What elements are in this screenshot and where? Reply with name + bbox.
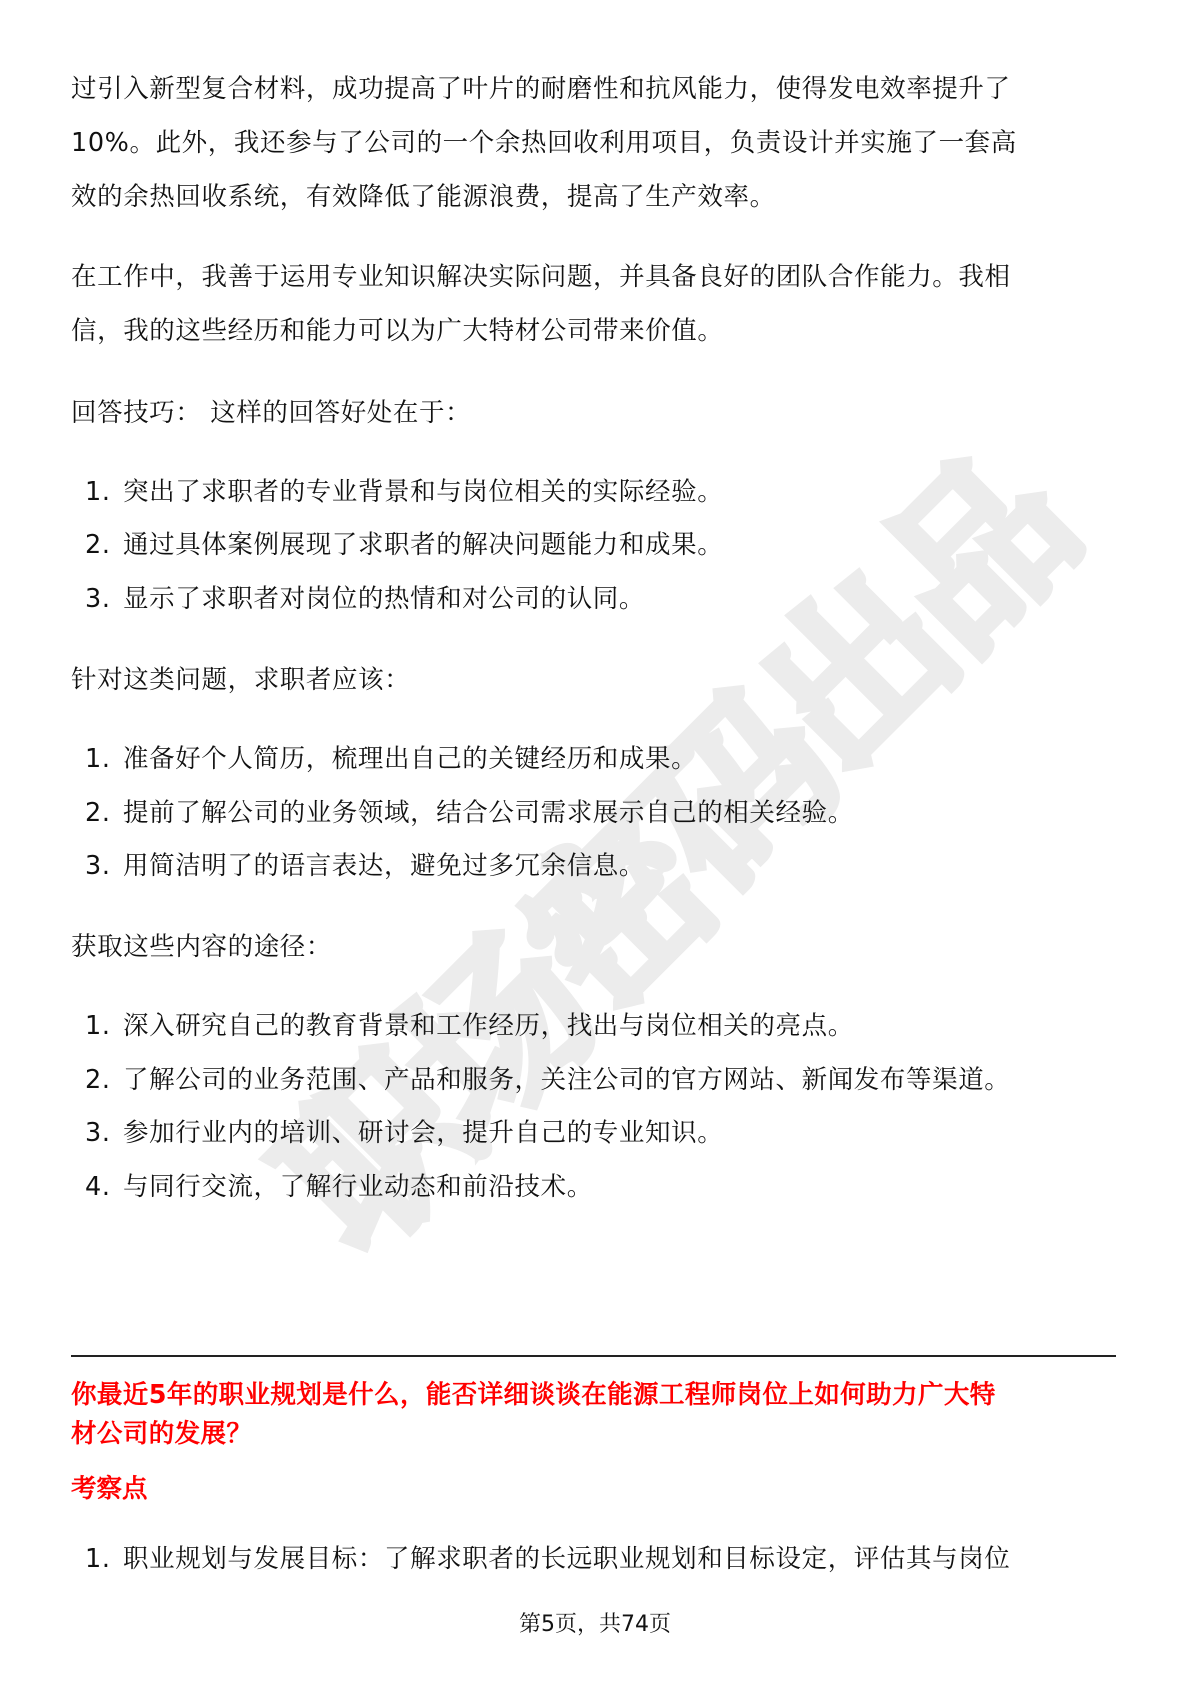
list-item: 3.显示了求职者对岗位的热情和对公司的认同。 bbox=[85, 582, 645, 616]
list-number: 1. bbox=[85, 742, 123, 776]
question-line: 材公司的发展？ bbox=[71, 1415, 1116, 1454]
list-text: 职业规划与发展目标：了解求职者的长远职业规划和目标设定，评估其与岗位 bbox=[123, 1544, 1010, 1574]
list-item: 3.用简洁明了的语言表达，避免过多冗余信息。 bbox=[85, 849, 645, 883]
list-item: 1.深入研究自己的教育背景和工作经历，找出与岗位相关的亮点。 bbox=[85, 1009, 854, 1043]
page-indicator: 第5页，共74页 bbox=[0, 1610, 1190, 1640]
list-number: 3. bbox=[85, 1116, 123, 1150]
list-item: 2.了解公司的业务范围、产品和服务，关注公司的官方网站、新闻发布等渠道。 bbox=[85, 1063, 1010, 1097]
list-number: 4. bbox=[85, 1170, 123, 1204]
paragraph-line: 信，我的这些经历和能力可以为广大特材公司带来价值。 bbox=[71, 304, 1116, 358]
list-item: 1.突出了求职者的专业背景和与岗位相关的实际经验。 bbox=[85, 475, 723, 509]
tips-heading: 回答技巧： 这样的回答好处在于： bbox=[71, 386, 1116, 440]
list-text: 突出了求职者的专业背景和与岗位相关的实际经验。 bbox=[123, 477, 723, 507]
paragraph-line: 效的余热回收系统，有效降低了能源浪费，提高了生产效率。 bbox=[71, 170, 1116, 224]
paragraph-line: 过引入新型复合材料，成功提高了叶片的耐磨性和抗风能力，使得发电效率提升了 bbox=[71, 62, 1116, 116]
question-heading: 你最近5年的职业规划是什么，能否详细谈谈在能源工程师岗位上如何助力广大特 材公司… bbox=[71, 1376, 1116, 1454]
paragraph-line: 在工作中，我善于运用专业知识解决实际问题，并具备良好的团队合作能力。我相 bbox=[71, 250, 1116, 304]
question-line: 你最近5年的职业规划是什么，能否详细谈谈在能源工程师岗位上如何助力广大特 bbox=[71, 1376, 1116, 1415]
list-item: 1.准备好个人简历，梳理出自己的关键经历和成果。 bbox=[85, 742, 697, 776]
list-number: 1. bbox=[85, 1009, 123, 1043]
list-number: 1. bbox=[85, 1542, 123, 1576]
list-number: 2. bbox=[85, 1063, 123, 1097]
should-heading: 针对这类问题，求职者应该： bbox=[71, 653, 1116, 707]
list-number: 1. bbox=[85, 475, 123, 509]
list-text: 深入研究自己的教育背景和工作经历，找出与岗位相关的亮点。 bbox=[123, 1011, 854, 1041]
list-text: 显示了求职者对岗位的热情和对公司的认同。 bbox=[123, 584, 645, 614]
team-paragraph: 在工作中，我善于运用专业知识解决实际问题，并具备良好的团队合作能力。我相 信，我… bbox=[71, 250, 1116, 358]
list-text: 准备好个人简历，梳理出自己的关键经历和成果。 bbox=[123, 744, 697, 774]
list-text: 与同行交流，了解行业动态和前沿技术。 bbox=[123, 1172, 593, 1202]
list-item: 2.通过具体案例展现了求职者的解决问题能力和成果。 bbox=[85, 528, 723, 562]
intro-paragraph: 过引入新型复合材料，成功提高了叶片的耐磨性和抗风能力，使得发电效率提升了 10%… bbox=[71, 62, 1116, 224]
section-divider bbox=[71, 1355, 1116, 1357]
list-item: 1.职业规划与发展目标：了解求职者的长远职业规划和目标设定，评估其与岗位 bbox=[85, 1542, 1010, 1576]
list-number: 3. bbox=[85, 849, 123, 883]
list-text: 提前了解公司的业务领域，结合公司需求展示自己的相关经验。 bbox=[123, 798, 854, 828]
list-number: 2. bbox=[85, 528, 123, 562]
assessment-heading: 考察点 bbox=[71, 1472, 148, 1506]
sources-heading: 获取这些内容的途径： bbox=[71, 920, 1116, 974]
list-text: 参加行业内的培训、研讨会，提升自己的专业知识。 bbox=[123, 1118, 723, 1148]
paragraph-line: 10%。此外，我还参与了公司的一个余热回收利用项目，负责设计并实施了一套高 bbox=[71, 116, 1116, 170]
document-page: 职场密码出品 过引入新型复合材料，成功提高了叶片的耐磨性和抗风能力，使得发电效率… bbox=[0, 0, 1190, 1684]
list-item: 3.参加行业内的培训、研讨会，提升自己的专业知识。 bbox=[85, 1116, 723, 1150]
list-text: 用简洁明了的语言表达，避免过多冗余信息。 bbox=[123, 851, 645, 881]
list-text: 通过具体案例展现了求职者的解决问题能力和成果。 bbox=[123, 530, 723, 560]
list-number: 3. bbox=[85, 582, 123, 616]
list-text: 了解公司的业务范围、产品和服务，关注公司的官方网站、新闻发布等渠道。 bbox=[123, 1065, 1010, 1095]
list-item: 2.提前了解公司的业务领域，结合公司需求展示自己的相关经验。 bbox=[85, 796, 854, 830]
list-item: 4.与同行交流，了解行业动态和前沿技术。 bbox=[85, 1170, 593, 1204]
list-number: 2. bbox=[85, 796, 123, 830]
